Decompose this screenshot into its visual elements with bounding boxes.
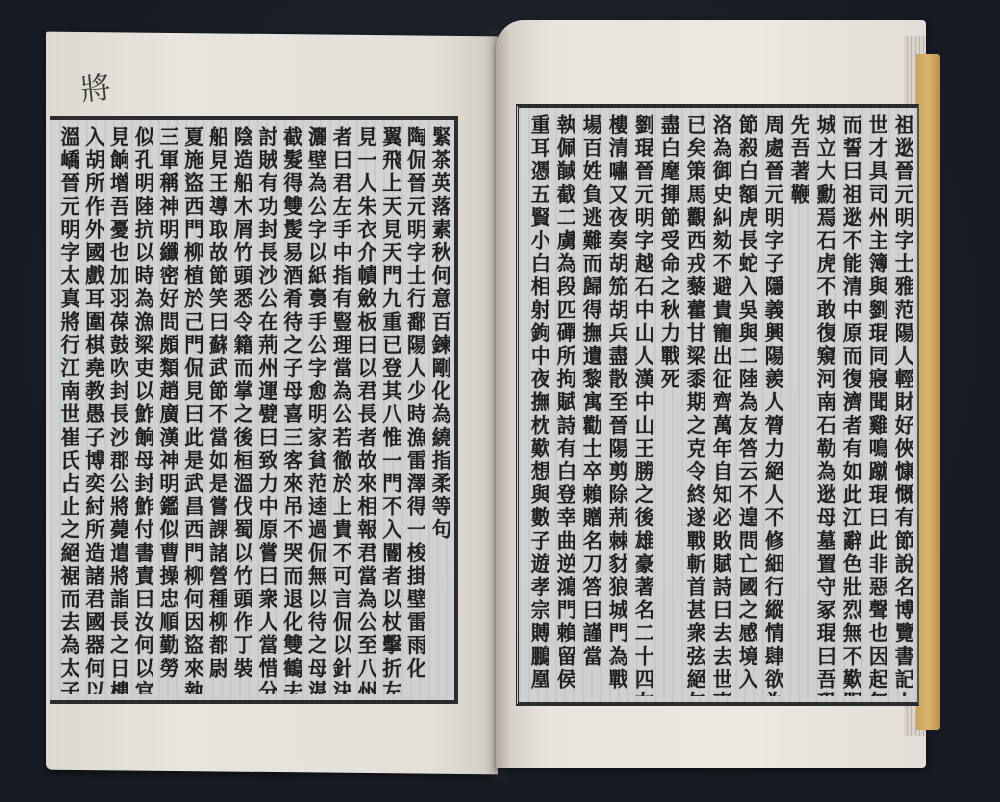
text-column: 場百姓負逃難而歸得撫遺黎寓勸士卒賴贈名刀答曰謹當	[575, 114, 601, 696]
text-column: 翼飛上天見天門九重已登其八惟一門不入閽者以杖擊折左翼	[376, 126, 401, 694]
text-column: 已矣策馬觀西戎藜藿甘梁黍期之克令終遂戰斬首甚衆弦絕矢	[679, 114, 705, 696]
text-column: 似孔明陸抗以時為漁梁吏以鮓餉母封鮓付書責曰汝何以官物	[128, 126, 153, 694]
text-column: 樓清嘯又夜奏胡笳胡兵盡散至晉陽剪除荊棘豺狼城門為戰	[601, 114, 627, 696]
text-column: 洛為御史糾劾不避貴寵出征齊萬年自知必敗賦詩曰去去世事	[705, 114, 731, 696]
text-column: 夏施盜西門柳植於己門侃見曰此是武昌西門柳何因盜來執首伏	[178, 126, 203, 694]
text-column: 截髮得雙髲易酒肴待之子母喜三客來吊不哭而退化雙鶴去	[277, 126, 302, 694]
text-column: 緊茶英落素秋何意百鍊剛化為繞指柔等句	[425, 126, 450, 694]
text-column: 者曰君左手中指有豎理當為公若徹於上貴不可言侃以針決之血	[326, 126, 351, 694]
right-page-text-block: 祖逖晉元明字士雅范陽人輕財好俠慷慨有節說名博覽書記人稱有贊世才具司州主簿與劉琨同…	[516, 104, 919, 706]
text-column: 執佩馘截二虜為段匹磾所拘賦詩有白登幸曲逆鴻門賴留侯	[549, 114, 575, 696]
text-column: 祖逖晉元明字士雅范陽人輕財好俠慷慨有節說名博覽書記人稱有贊	[887, 114, 913, 696]
text-column: 周處晉元明字子隱義興陽羨人膂力絕人不修細行縱情肆欲為人所患處	[757, 114, 783, 696]
text-column: 船見王導取故節笑曰蘇武節不當如是嘗課諸營種柳都尉	[203, 126, 228, 694]
text-column: 節殺白額虎長蛇入吳與二陸為友答云不遑問亡國之感境入	[731, 114, 757, 696]
book-cover-edge	[916, 54, 940, 730]
text-column: 三軍稱神明纖密好問頗類趙廣漢神明鑑似曹操忠順勤勞	[153, 126, 178, 694]
text-column: 世才具司州主簿與劉琨同寢聞雞鳴蹴琨曰此非惡聲也因起舞渡江中流擊楫	[861, 114, 887, 696]
text-column: 溫嶠晉元明字太真將行江南世崔氏占止之絕裾而去為太子中庶子贇	[54, 126, 79, 694]
text-column: 而誓曰祖逖不能清中原而復濟者有如此江辭色壯烈無不歎服人切齒	[835, 114, 861, 696]
text-column: 先吾著鞭	[783, 114, 809, 696]
text-column: 見一人朱衣介幘斂板曰以君長者故來相報君當為公至八州都督又相	[351, 126, 376, 694]
text-column: 討賊有功封長沙公在荊州運甓曰致力中原嘗曰衆人當惜分	[252, 126, 277, 694]
text-column: 劉琨晉元明字越石中山人漢中山王勝之後雄豪著名二十四友中	[627, 114, 653, 696]
left-page-text-block: 緊茶英落素秋何意百鍊剛化為繞指柔等句陶侃晉元明字士行鄱陽人少時漁雷澤得一梭掛壁雷…	[50, 116, 458, 704]
handwritten-margin-note: 將	[78, 63, 112, 110]
text-column: 灑壁為公字以紙裛手公字愈明家貧范逵過侃無以待之母湛氏	[302, 126, 327, 694]
book-gutter	[484, 30, 510, 780]
text-column: 重耳憑五賢小白相射鉤中夜撫枕歎想與數子遊孝宗賻鵬凰	[523, 114, 549, 696]
left-page-columns: 緊茶英落素秋何意百鍊剛化為繞指柔等句陶侃晉元明字士行鄱陽人少時漁雷澤得一梭掛壁雷…	[54, 126, 450, 694]
right-page-columns: 祖逖晉元明字士雅范陽人輕財好俠慷慨有節說名博覽書記人稱有贊世才具司州主簿與劉琨同…	[523, 114, 913, 696]
text-column: 陰造船木屑竹頭悉令籍而掌之後桓溫伐蜀以竹頭作丁裝	[227, 126, 252, 694]
text-column: 見餉增吾憂也加羽葆鼓吹封長沙郡公將薨遣將詣長之日樓蒲老子	[104, 126, 129, 694]
text-column: 城立大勳焉石虎不敢復窺河南石勒為逖母墓置守冢琨曰吾恐祖生	[809, 114, 835, 696]
text-column: 陶侃晉元明字士行鄱陽人少時漁雷澤得一梭掛壁雷雨化	[401, 126, 426, 694]
text-column: 盡白麾揮節受命之秋力戰死	[653, 114, 679, 696]
text-column: 入胡所作外國戲耳圍棋堯教愚子博奕紂所造諸君國器何以為此	[79, 126, 104, 694]
